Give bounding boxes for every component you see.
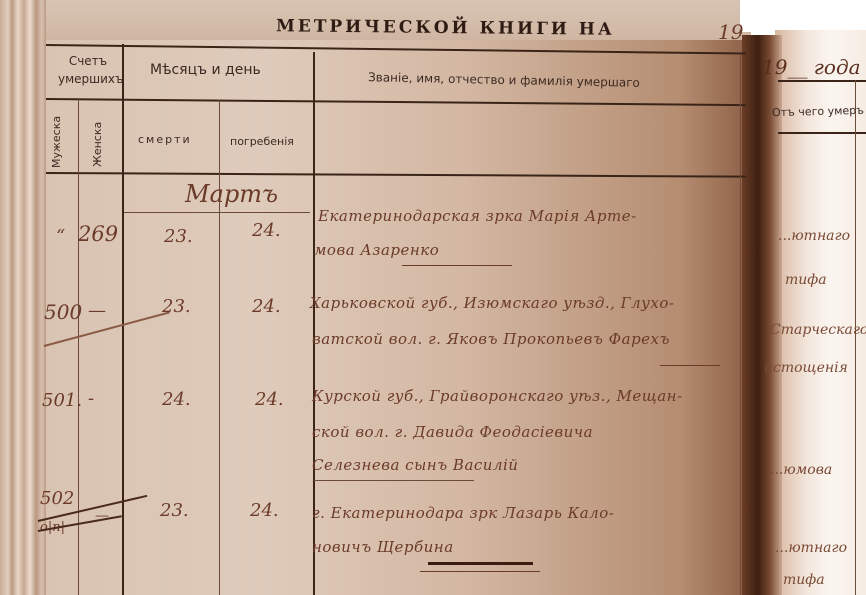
entry-cause-line: ...юмова [770, 462, 832, 478]
entry-death-day: 24. [162, 389, 191, 410]
entry-female-count: - [88, 388, 94, 409]
entry-death-day: 23. [162, 296, 191, 317]
register-photograph: МЕТРИЧЕСКОЙ КНИГИ НА 19 19__ года Счетъ … [0, 0, 866, 595]
entry-female-count: — [88, 300, 106, 321]
month-label: Мартъ [185, 180, 278, 208]
right-header-rule [778, 132, 866, 134]
entry-name-line: ватской вол. г. Яковъ Прокопьевъ Фарехъ [312, 330, 670, 348]
entry-cause-line: тифа [785, 272, 827, 288]
header-cause: Отъ чего умеръ [772, 104, 864, 119]
entry-female-count: 269 [78, 222, 118, 246]
header-death: смерти [138, 133, 192, 146]
entry-male-count: 501. [42, 390, 82, 411]
entry-death-day: 23. [160, 500, 189, 521]
header-female: Женска [91, 112, 104, 167]
entry-cause-line: Старческаго [770, 322, 866, 338]
entry-name-line: ской вол. г. Давида Феодасіевича [312, 423, 593, 441]
surname-underline [420, 571, 540, 572]
entry-burial-day: 24. [252, 296, 281, 317]
entry-name-line: Курской губ., Грайворонскаго уѣз., Мещан… [312, 387, 683, 405]
entry-divider [314, 480, 474, 481]
right-page-header-fragment: 19__ года [762, 55, 861, 79]
entry-male-count: “ [56, 226, 65, 247]
header-burial: погребенія [230, 135, 294, 148]
background-corner [740, 0, 866, 32]
entry-burial-day: 24. [252, 220, 281, 241]
page-title: МЕТРИЧЕСКОЙ КНИГИ НА [276, 16, 615, 40]
entry-burial-day: 24. [255, 389, 284, 410]
death-burial-divider [219, 100, 220, 595]
entry-name-line: г. Екатеринодара зрк Лазарь Кало- [312, 504, 614, 522]
entry-death-day: 23. [164, 226, 193, 247]
header-male: Мужеска [50, 108, 63, 168]
right-title-rule [778, 80, 866, 82]
surname-underline [428, 562, 533, 565]
entry-name-line: Екатеринодарская зрка Марія Арте- [318, 207, 637, 225]
entry-male-count: 500 [44, 300, 82, 324]
entry-cause-line: тифа [783, 572, 825, 588]
entry-male-count: 502 [40, 488, 74, 509]
month-underline [124, 212, 310, 213]
male-female-divider [78, 98, 79, 595]
count-month-divider [122, 44, 124, 595]
page-number: 19 [718, 20, 743, 44]
entry-name-line: Селезнева сынъ Василій [312, 456, 518, 474]
surname-underline [402, 265, 512, 266]
entry-cause-line: ...ютнаго [778, 228, 850, 244]
surname-underline [660, 365, 720, 366]
header-count-dead: Счетъ умершихъ [58, 52, 118, 88]
entry-name-line: новичъ Щербина [312, 538, 454, 556]
entry-cause-line: ...ютнаго [775, 540, 847, 556]
entry-burial-day: 24. [250, 500, 279, 521]
entry-name-line: мова Азаренко [314, 241, 439, 259]
name-cause-divider [740, 55, 741, 595]
entry-cause-line: истощенія [764, 360, 848, 376]
header-month-day: Мѣсяцъ и день [150, 62, 261, 78]
entry-female-count: — [95, 508, 109, 524]
entry-name-line: Харьковской губ., Изюмскаго уѣзд., Глухо… [310, 294, 674, 312]
